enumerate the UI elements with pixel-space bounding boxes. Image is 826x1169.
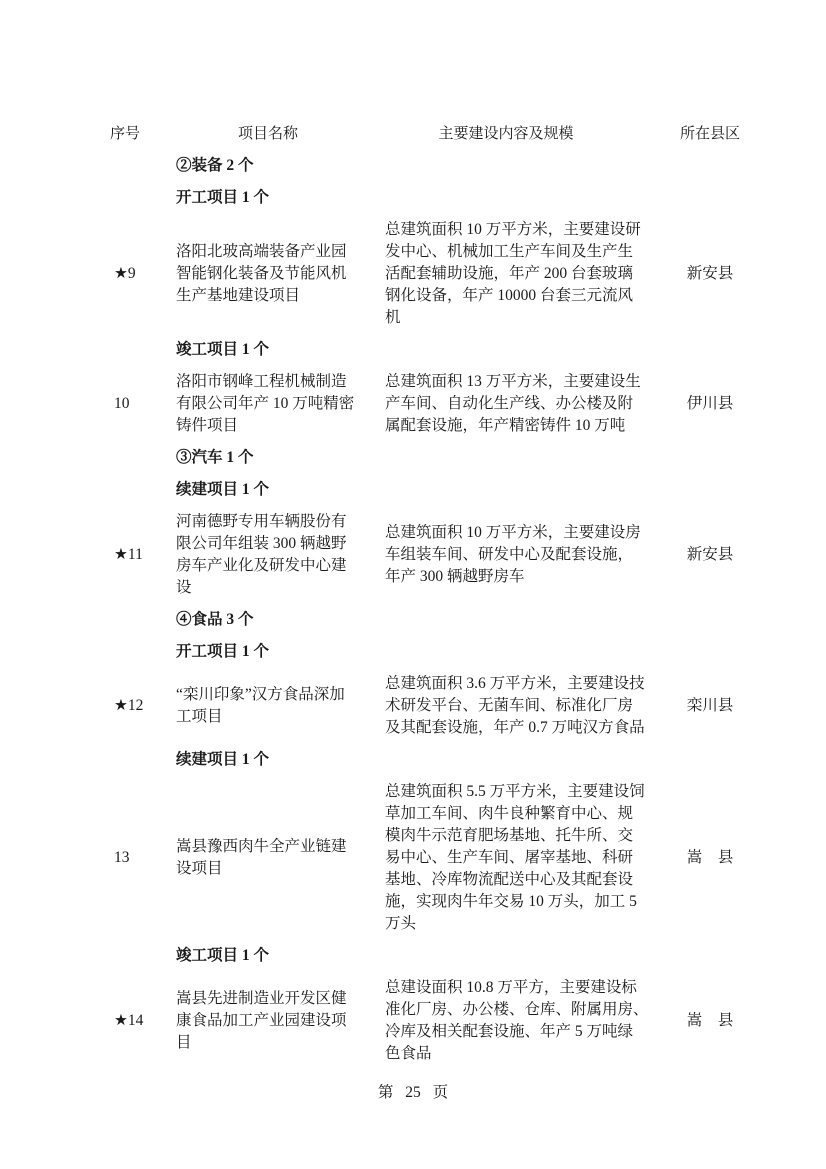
section-heading-automobile: ③汽车 1 个 — [100, 447, 763, 469]
project-name: 洛阳市钢峰工程机械制造 有限公司年产 10 万吨精密 铸件项目 — [176, 371, 360, 437]
project-row: ★12 “栾川印象”汉方食品深加 工项目 总建筑面积 3.6 万平方米，主要建设… — [100, 673, 763, 739]
project-number: ★9 — [100, 263, 176, 285]
section-heading-completed-projects: 竣工项目 1 个 — [100, 339, 763, 361]
project-content: 总建筑面积 10 万平方米，主要建设房 车组装车间、研发中心及配套设施， 年产 … — [385, 522, 657, 588]
project-content: 总建筑面积 5.5 万平方米，主要建设饲 草加工车间、肉牛良种繁育中心、规 模肉… — [385, 781, 657, 935]
project-number: ★12 — [100, 695, 176, 717]
section-heading-food: ④食品 3 个 — [100, 609, 763, 631]
project-row: ★14 嵩县先进制造业开发区健 康食品加工产业园建设项 目 总建设面积 10.8… — [100, 977, 763, 1065]
section-heading-completed-projects: 竣工项目 1 个 — [100, 945, 763, 967]
project-row: ★9 洛阳北玻高端装备产业园 智能钢化装备及节能风机 生产基地建设项目 总建筑面… — [100, 219, 763, 329]
header-construction-content: 主要建设内容及规模 — [385, 123, 657, 145]
project-content: 总建设面积 10.8 万平方，主要建设标 准化厂房、办公楼、仓库、附属用房、 冷… — [385, 977, 657, 1065]
project-row: 10 洛阳市钢峰工程机械制造 有限公司年产 10 万吨精密 铸件项目 总建筑面积… — [100, 371, 763, 437]
project-name: 洛阳北玻高端装备产业园 智能钢化装备及节能风机 生产基地建设项目 — [176, 241, 360, 307]
project-content: 总建筑面积 10 万平方米，主要建设研 发中心、机械加工生产车间及生产生 活配套… — [385, 219, 657, 329]
project-name: 河南德野专用车辆股份有 限公司年组装 300 辆越野 房车产业化及研发中心建 设 — [176, 511, 360, 599]
project-name: 嵩县先进制造业开发区健 康食品加工产业园建设项 目 — [176, 988, 360, 1054]
project-county: 嵩 县 — [657, 847, 763, 869]
section-heading-start-projects: 开工项目 1 个 — [100, 641, 763, 663]
section-heading-start-projects: 开工项目 1 个 — [100, 187, 763, 209]
project-number: 10 — [100, 393, 176, 415]
project-number: ★14 — [100, 1010, 176, 1032]
table-header-row: 序号 项目名称 主要建设内容及规模 所在县区 — [100, 123, 763, 145]
document-page: 序号 项目名称 主要建设内容及规模 所在县区 ②装备 2 个 开工项目 1 个 … — [100, 123, 763, 1075]
project-county: 嵩 县 — [657, 1010, 763, 1032]
project-row: 13 嵩县豫西肉牛全产业链建 设项目 总建筑面积 5.5 万平方米，主要建设饲 … — [100, 781, 763, 935]
project-county: 伊川县 — [657, 393, 763, 415]
section-heading-continued-projects: 续建项目 1 个 — [100, 749, 763, 771]
project-row: ★11 河南德野专用车辆股份有 限公司年组装 300 辆越野 房车产业化及研发中… — [100, 511, 763, 599]
project-county: 新安县 — [657, 544, 763, 566]
project-content: 总建筑面积 3.6 万平方米，主要建设技 术研发平台、无菌车间、标准化厂房 及其… — [385, 673, 657, 739]
project-number: 13 — [100, 847, 176, 869]
section-heading-equipment: ②装备 2 个 — [100, 155, 763, 177]
project-county: 栾川县 — [657, 695, 763, 717]
project-name: 嵩县豫西肉牛全产业链建 设项目 — [176, 836, 360, 880]
header-county: 所在县区 — [657, 123, 763, 145]
project-content: 总建筑面积 13 万平方米，主要建设生 产车间、自动化生产线、办公楼及附 属配套… — [385, 371, 657, 437]
header-project-name: 项目名称 — [176, 123, 360, 145]
project-county: 新安县 — [657, 263, 763, 285]
project-number: ★11 — [100, 544, 176, 566]
section-heading-continued-projects: 续建项目 1 个 — [100, 479, 763, 501]
header-serial-number: 序号 — [100, 123, 176, 145]
project-name: “栾川印象”汉方食品深加 工项目 — [176, 684, 360, 728]
page-footer: 第 25 页 — [0, 1082, 826, 1104]
